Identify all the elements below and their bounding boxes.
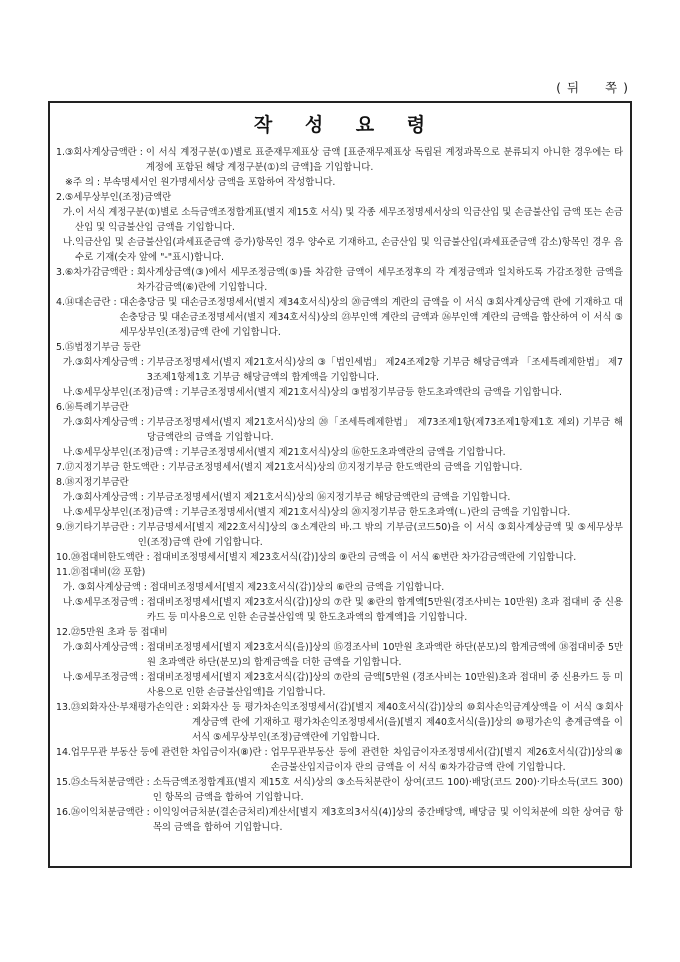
instruction-item: 4.⑭대손금란 : 대손충당금 및 대손금조정명세서(별지 제34호서식)상의 … [56, 295, 623, 340]
instruction-box: 작 성 요 령 1.③회사계상금액란 : 이 서식 계정구분(①)별로 표준재무… [48, 101, 632, 868]
instruction-item: 가.③회사계상금액 : 기부금조정명세서(별지 제21호서식)상의 ⑳「조세특례… [56, 415, 623, 445]
instruction-item: 6.⑯특례기부금란 [56, 400, 623, 415]
instruction-body: 익금산입 및 손금불산입(과세표준금액 증가)항목인 경우 양수로 기재하고, … [75, 235, 623, 265]
instruction-item: 5.⑮법정기부금 등란 [56, 340, 623, 355]
instruction-body: 기부금조정명세서(별지 제21호서식)상의 ⑯지정기부금 해당금액란의 금액을 … [147, 490, 623, 505]
instruction-body: 접대비조정명세서[별지 제23호서식(갑)]상의 ⑦란의 금액[5만원 (경조사… [147, 670, 623, 700]
instruction-label: 가.③회사계상금액 : [63, 490, 147, 505]
instruction-item: 13.㉓외화자산·부채평가손익란 : 외화자산 등 평가차손익조정명세서(갑)[… [56, 700, 623, 745]
instruction-body: 기부금조정명세서(별지 제21호서식)상의 ⑯한도초과액란의 금액을 기입합니다… [181, 445, 623, 460]
instruction-label: 9.⑲기타기부금란 : [56, 520, 138, 550]
instruction-label: 가. ③회사계상금액 : [63, 580, 150, 595]
instruction-item: 가.③회사계상금액 : 접대비조정명세서[별지 제23호서식(을)]상의 ⑮경조… [56, 640, 623, 670]
instruction-body: 회사계상금액(③)에서 세무조정금액(⑤)를 차감한 금액이 세무조정후의 각 … [137, 265, 623, 295]
instruction-item: 3.⑥차가감금액란 : 회사계상금액(③)에서 세무조정금액(⑤)를 차감한 금… [56, 265, 623, 295]
instruction-item: 14.업무무관 부동산 등에 관련한 차입금이자(⑧)란 : 업무무관부동산 등… [56, 745, 623, 775]
instruction-label: 4.⑭대손금란 : [56, 295, 120, 340]
instruction-item: 2.⑤세무상부인(조정)금액란 [56, 190, 623, 205]
instruction-body: 업무무관부동산 등에 관련한 차입금이자조정명세서(갑)[별지 제26호서식(갑… [271, 745, 623, 775]
page-background: { "page": { "corner_label": "(뒤 쪽)", "ti… [0, 0, 680, 962]
instruction-label: 7.⑰지정기부금 한도액란 : [56, 460, 168, 475]
instruction-item: 가. ③회사계상금액 : 접대비조정명세서[별지 제23호서식(갑)]상의 ⑥란… [56, 580, 623, 595]
instruction-label: 1.③회사계상금액란 : [56, 145, 146, 175]
instruction-body [145, 565, 623, 580]
instruction-body: 기부금조정명세서(별지 제21호서식)상의 ⑰지정기부금 한도액란의 금액을 기… [168, 460, 623, 475]
instruction-item: 16.㉖이익처분금액란 : 이익잉여금처분(결손금처리)계산서[별지 제3호의3… [56, 805, 623, 835]
page-title: 작 성 요 령 [56, 110, 623, 137]
instruction-label: 나.⑤세무상부인(조정)금액 : [63, 445, 181, 460]
instruction-label: 11.㉑접대비(㉒ 포함) [56, 565, 145, 580]
back-side-label: (뒤 쪽) [556, 78, 634, 96]
instruction-body: 접대비조정명세서[별지 제23호서식(갑)]상의 ⑨란의 금액을 이 서식 ⑥번… [153, 550, 623, 565]
instruction-body [171, 190, 623, 205]
instruction-body: 기부금조정명세서(별지 제21호서식)상의 ⑳지정기부금 한도초과액(ㄴ)란의 … [181, 505, 623, 520]
instruction-item: 나.⑤세무상부인(조정)금액 : 기부금조정명세서(별지 제21호서식)상의 ③… [56, 385, 623, 400]
instruction-label: 3.⑥차가감금액란 : [56, 265, 137, 295]
instruction-body: 기부금명세서[별지 제22호서식]상의 ③소계란의 바.그 밖의 기부금(코드5… [138, 520, 623, 550]
instruction-body: 소득금액조정합계표(별지 제15호 서식)상의 ③소득처분란이 상여(코드 10… [153, 775, 623, 805]
instruction-body: 접대비조정명세서[별지 제23호서식(갑)]상의 ⑦란 및 ⑧란의 합계액[5만… [147, 595, 623, 625]
instruction-item: 나.⑤세무상부인(조정)금액 : 기부금조정명세서(별지 제21호서식)상의 ⑯… [56, 445, 623, 460]
instruction-body [129, 400, 623, 415]
instruction-body: 이 서식 계정구분(①)별로 소득금액조정합계표(별지 제15호 서식) 및 각… [75, 205, 623, 235]
instruction-item: 1.③회사계상금액란 : 이 서식 계정구분(①)별로 표준재무제표상 금액 [… [56, 145, 623, 175]
instruction-label: 나.⑤세무조정금액 : [63, 595, 147, 625]
instruction-item: 7.⑰지정기부금 한도액란 : 기부금조정명세서(별지 제21호서식)상의 ⑰지… [56, 460, 623, 475]
instruction-label: 13.㉓외화자산·부채평가손익란 : [56, 700, 192, 745]
instruction-label: 가.③회사계상금액 : [63, 415, 147, 445]
instruction-item: 가.③회사계상금액 : 기부금조정명세서(별지 제21호서식)상의 ⑯지정기부금… [56, 490, 623, 505]
instruction-label: 6.⑯특례기부금란 [56, 400, 129, 415]
instruction-body: 기부금조정명세서(별지 제21호서식)상의 ⑳「조세특례제한법」 제73조제1항… [147, 415, 623, 445]
instruction-item: 8.⑱지정기부금란 [56, 475, 623, 490]
instruction-body: 기부금조정명세서(별지 제21호서식)상의 ③법정기부금등 한도초과액란의 금액… [181, 385, 623, 400]
instruction-label: 16.㉖이익처분금액란 : [56, 805, 153, 835]
instruction-body: 부속명세서인 원가명세서상 금액을 포함하여 작성합니다. [103, 175, 623, 190]
instruction-item: 나.⑤세무조정금액 : 접대비조정명세서[별지 제23호서식(갑)]상의 ⑦란의… [56, 670, 623, 700]
instruction-item: 10.⑳접대비한도액란 : 접대비조정명세서[별지 제23호서식(갑)]상의 ⑨… [56, 550, 623, 565]
instruction-label: 12.㉒5만원 초과 등 접대비 [56, 625, 168, 640]
instruction-item: 가.③회사계상금액 : 기부금조정명세서(별지 제21호서식)상의 ③「법인세법… [56, 355, 623, 385]
instruction-label: 2.⑤세무상부인(조정)금액란 [56, 190, 171, 205]
instruction-item: 12.㉒5만원 초과 등 접대비 [56, 625, 623, 640]
instruction-label: 5.⑮법정기부금 등란 [56, 340, 141, 355]
instruction-body: 접대비조정명세서[별지 제23호서식(갑)]상의 ⑥란의 금액을 기입합니다. [150, 580, 623, 595]
instruction-item: ※주 의 : 부속명세서인 원가명세서상 금액을 포함하여 작성합니다. [56, 175, 623, 190]
instruction-item: 9.⑲기타기부금란 : 기부금명세서[별지 제22호서식]상의 ③소계란의 바.… [56, 520, 623, 550]
instruction-label: 가. [63, 205, 75, 235]
instructions-list: 1.③회사계상금액란 : 이 서식 계정구분(①)별로 표준재무제표상 금액 [… [56, 145, 623, 835]
instruction-body: 이 서식 계정구분(①)별로 표준재무제표상 금액 [표준재무제표상 독립된 계… [146, 145, 623, 175]
instruction-label: 8.⑱지정기부금란 [56, 475, 129, 490]
instruction-label: 10.⑳접대비한도액란 : [56, 550, 153, 565]
instruction-body: 기부금조정명세서(별지 제21호서식)상의 ③「법인세법」 제24조제2항 기부… [147, 355, 623, 385]
instruction-label: 나. [63, 235, 75, 265]
instruction-body: 외화자산 등 평가차손익조정명세서(갑)[별지 제40호서식(갑)]상의 ⑩회사… [192, 700, 623, 745]
instruction-item: 11.㉑접대비(㉒ 포함) [56, 565, 623, 580]
instruction-body [141, 340, 623, 355]
instruction-item: 나.⑤세무상부인(조정)금액 : 기부금조정명세서(별지 제21호서식)상의 ⑳… [56, 505, 623, 520]
instruction-item: 나.익금산입 및 손금불산입(과세표준금액 증가)항목인 경우 양수로 기재하고… [56, 235, 623, 265]
instruction-label: 14.업무무관 부동산 등에 관련한 차입금이자(⑧)란 : [56, 745, 271, 775]
instruction-item: 가.이 서식 계정구분(①)별로 소득금액조정합계표(별지 제15호 서식) 및… [56, 205, 623, 235]
instruction-label: 나.⑤세무상부인(조정)금액 : [63, 505, 181, 520]
instruction-body: 대손충당금 및 대손금조정명세서(별지 제34호서식)상의 ⑳금액의 계란의 금… [120, 295, 623, 340]
instruction-label: 가.③회사계상금액 : [63, 640, 147, 670]
instruction-label: 나.⑤세무조정금액 : [63, 670, 147, 700]
instruction-label: 15.㉕소득처분금액란 : [56, 775, 153, 805]
instruction-item: 15.㉕소득처분금액란 : 소득금액조정합계표(별지 제15호 서식)상의 ③소… [56, 775, 623, 805]
instruction-body: 이익잉여금처분(결손금처리)계산서[별지 제3호의3서식(4)]상의 중간배당액… [153, 805, 623, 835]
instruction-label: 나.⑤세무상부인(조정)금액 : [63, 385, 181, 400]
instruction-body: 접대비조정명세서[별지 제23호서식(을)]상의 ⑮경조사비 10만원 초과액란… [147, 640, 623, 670]
instruction-item: 나.⑤세무조정금액 : 접대비조정명세서[별지 제23호서식(갑)]상의 ⑦란 … [56, 595, 623, 625]
instruction-label: ※주 의 : [65, 175, 103, 190]
instruction-body [129, 475, 623, 490]
instruction-label: 가.③회사계상금액 : [63, 355, 147, 385]
instruction-body [168, 625, 623, 640]
